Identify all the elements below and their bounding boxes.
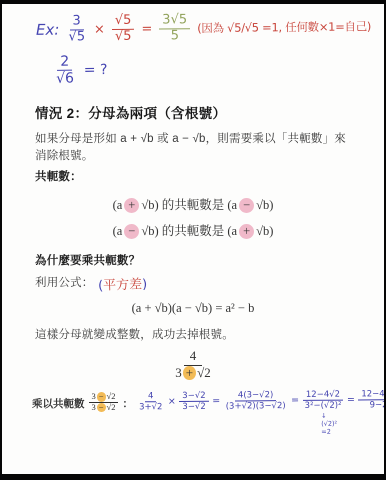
num-right: √2 (107, 391, 116, 401)
why-heading: 為什麼要乘共軛數？ (35, 253, 356, 270)
multiply-label: 乘以共軛數 (32, 388, 85, 411)
minus-highlight: − (97, 392, 106, 401)
formula-label-row: 利用公式： (平方差) (35, 273, 384, 293)
section-heading: 情況 2：分母為兩項（含根號） (35, 102, 384, 122)
display-fraction-block: 4 3+√2 (2, 349, 384, 381)
times-sign: × (94, 22, 105, 37)
note-page: Ex: 3 √5 × √5 √5 = 3√5 5 (因為 √5/√5 =1, 任… (2, 4, 384, 474)
num-left: 3 (92, 391, 96, 401)
eq-text: (a (113, 224, 123, 238)
frac-num: 2 (57, 53, 72, 70)
frac-den: 3²−(√2)² (303, 401, 344, 412)
conjugate-equation-2: (a−√b) 的共軛數是 (a+√b) (2, 221, 384, 239)
multiply-conjugate-row: 乘以共軛數 3−√2 3−√2 ： 4 3+√2 × 3−√2 3−√2 = 4… (32, 388, 384, 412)
example-label: Ex: (36, 21, 60, 39)
step1-fraction: 4 3+√2 (137, 392, 165, 414)
equals-sign: = (290, 396, 300, 407)
handwritten-question: 2 √6 = ? (54, 48, 384, 87)
fraction-3-over-sqrt5: 3 √5 (66, 14, 87, 45)
equals-sign: = (211, 396, 221, 407)
frac-den: 3−√2 (90, 403, 118, 412)
eq-text: √b) (256, 224, 273, 238)
plus-highlight: + (183, 366, 196, 381)
frac-den: 9−2 (367, 401, 384, 411)
frac-num: 3√5 (159, 13, 190, 29)
eq-text: (a (113, 198, 123, 212)
den-left: 3 (92, 402, 96, 412)
step4-fraction-wrap: 12−4√2 3²−(√2)² ↓ (√2)² =2 (302, 390, 343, 412)
frac-den: √6 (54, 70, 76, 86)
equals-sign: = (346, 395, 356, 406)
minus-highlight: − (239, 198, 254, 213)
frac-den: √5 (113, 30, 134, 45)
eq-text: √b) (256, 198, 273, 212)
equals-sign: = (141, 22, 152, 37)
conjugate-label: 共軛數： (35, 169, 356, 186)
step5-fraction: 12−4√2 9−2 (358, 390, 384, 412)
plus-highlight: + (239, 224, 254, 239)
times-sign: × (167, 397, 177, 408)
den-right: √2 (197, 365, 211, 380)
handwritten-example-line: Ex: 3 √5 × √5 √5 = 3√5 5 (因為 √5/√5 =1, 任… (36, 11, 384, 46)
handwritten-solution: 4 3+√2 × 3−√2 3−√2 = 4(3−√2) (3+√2)(3−√2… (137, 387, 384, 413)
frac-den: 3+√2 (173, 366, 212, 381)
fraction-result-3sqrt5-over-5: 3√5 5 (159, 13, 190, 44)
frac-num: 3 (69, 14, 83, 30)
handwritten-formula-note: (平方差) (97, 273, 147, 294)
frac-den: 5 (169, 29, 181, 44)
fraction-sqrt5-over-sqrt5: √5 √5 (112, 14, 135, 45)
fraction-4-over-3-plus-sqrt2: 4 3+√2 (173, 349, 212, 381)
frac-den: 3+√2 (137, 403, 164, 413)
step4-fraction: 12−4√2 3²−(√2)² (302, 390, 343, 412)
intro-paragraph: 如果分母是形如 a + √b 或 a − √b，則需要乘以「共軛數」來消除根號。 (35, 131, 356, 164)
formula-label: 利用公式： (35, 275, 94, 292)
frac-num: 3−√2 (179, 391, 208, 402)
den-right: √2 (107, 402, 116, 412)
frac-num: 12−4√2 (358, 390, 384, 402)
frac-num: 4 (184, 349, 203, 366)
close-paren: ) (141, 277, 147, 292)
question-equals: = ? (84, 61, 108, 77)
frac-den: 3−√2 (180, 402, 207, 412)
colon: ： (122, 388, 133, 411)
result-line: 這樣分母就變成整數，成功去掉根號。 (35, 327, 356, 344)
den-left: 3 (175, 365, 182, 380)
handwritten-side-note: ↓ (√2)² =2 (321, 412, 337, 437)
difference-of-squares-formula: (a + √b)(a − √b) = a² − b (2, 301, 384, 316)
frac-den: √5 (66, 30, 87, 45)
minus-highlight: − (97, 403, 106, 412)
frac-den: (3+√2)(3−√2) (224, 402, 288, 413)
example-side-note: (因為 √5/√5 =1, 任何數×1=自己) (197, 19, 371, 37)
screenshot-frame: Ex: 3 √5 × √5 √5 = 3√5 5 (因為 √5/√5 =1, 任… (0, 0, 386, 480)
conjugate-equation-1: (a+√b) 的共軛數是 (a−√b) (2, 195, 384, 213)
step3-fraction: 4(3−√2) (3+√2)(3−√2) (224, 391, 288, 413)
eq-text: √b) 的共軛數是 (a (141, 224, 237, 238)
eq-text: √b) 的共軛數是 (a (141, 198, 237, 212)
frac-num: √5 (112, 14, 135, 30)
note-text: 平方差 (102, 277, 142, 293)
frac-num: 4 (145, 392, 157, 403)
plus-highlight: + (124, 198, 139, 213)
conjugate-mini-fraction: 3−√2 3−√2 (89, 388, 119, 412)
fraction-2-over-sqrt6: 2 √6 (54, 53, 76, 87)
step2-fraction: 3−√2 3−√2 (179, 391, 209, 413)
minus-highlight: − (124, 224, 139, 239)
note-line2: =2 (321, 428, 331, 436)
